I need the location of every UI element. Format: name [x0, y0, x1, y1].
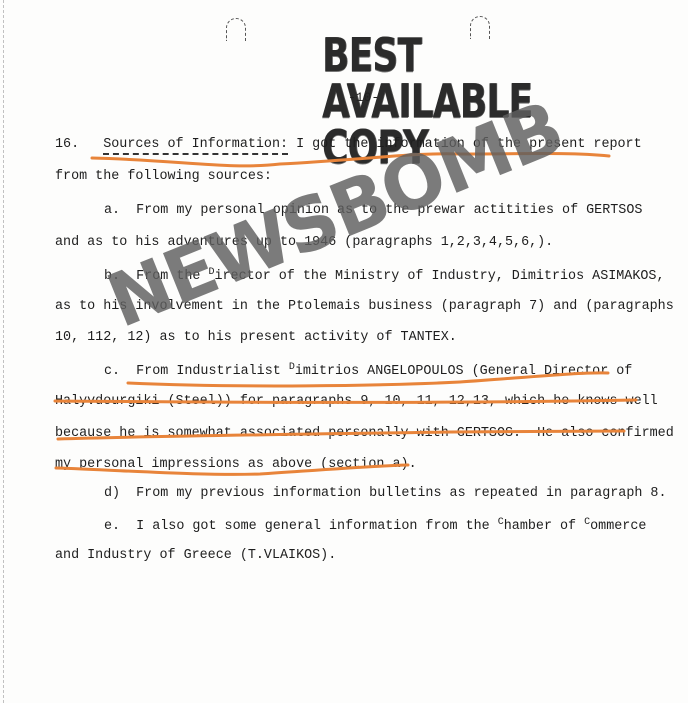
page-number: -10- — [348, 90, 379, 105]
punch-hole-mark — [226, 18, 246, 41]
item-e-line1: e. I also got some general information f… — [104, 518, 646, 533]
item-c-line4: my personal impressions as above (sectio… — [55, 458, 417, 471]
item-c-line3: because he is somewhat associated person… — [55, 427, 674, 440]
text: irector of the Ministry of Industry, Dim… — [214, 269, 664, 284]
text: e. I also got some general information f… — [104, 519, 498, 534]
section-number: 16. — [55, 137, 79, 152]
item-a-line1: a. From my personal opinion as to the pr… — [104, 204, 642, 217]
scan-margin-edge — [3, 0, 5, 703]
text: b. From the — [104, 269, 208, 284]
item-b-line3: 10, 112, 12) as to his present activity … — [55, 331, 457, 344]
item-b-line2: as to his involvement in the Ptolemais b… — [55, 300, 674, 313]
text: hamber of — [504, 519, 584, 534]
section-16-line2: from the following sources: — [55, 170, 272, 183]
item-a-line2: and as to his adventures up to 1946 (par… — [55, 236, 553, 249]
text: c. From Industrialist — [104, 364, 289, 379]
text: ommerce — [590, 519, 646, 534]
item-e-line2: and Industry of Greece (T.VLAIKOS). — [55, 549, 336, 562]
item-b-line1: b. From the Director of the Ministry of … — [104, 268, 664, 283]
text: imitrios ANGELOPOULOS (General Director … — [295, 364, 633, 379]
item-c-line2: Halyvdourgiki (Steel)) for paragraphs 9,… — [55, 395, 658, 408]
section-heading: Sources of Information: — [103, 137, 288, 155]
section-16-line1: 16. Sources of Information: I got the in… — [55, 138, 642, 151]
item-d-line1: d) From my previous information bulletin… — [104, 487, 667, 500]
item-c-line1: c. From Industrialist Dimitrios ANGELOPO… — [104, 363, 632, 378]
section-intro: I got the information of the present rep… — [288, 137, 642, 152]
